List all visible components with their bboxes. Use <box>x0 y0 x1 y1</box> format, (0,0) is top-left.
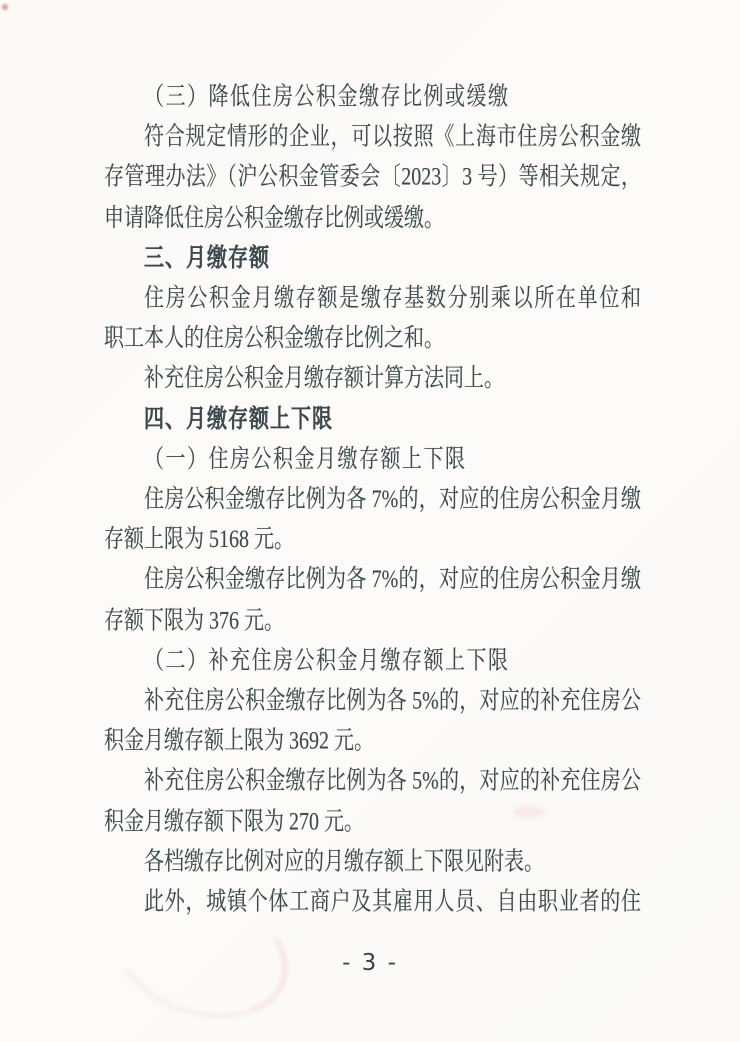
text-line: 存额下限为 376 元。 <box>104 600 641 640</box>
paragraph-5: 补充住房公积金月缴存额计算方法同上。 <box>104 359 641 399</box>
text-line: 三、月缴存额 <box>104 238 641 278</box>
text-line: 补充住房公积金缴存比例为各 5%的，对应的补充住房公 <box>104 761 641 801</box>
text-line: 补充住房公积金月缴存额计算方法同上。 <box>104 359 641 399</box>
text-line: 存管理办法》（沪公积金管委会〔2023〕3 号）等相关规定， <box>104 158 641 198</box>
document-body: （三）降低住房公积金缴存比例或缓缴符合规定情形的企业，可以按照《上海市住房公积金… <box>104 77 641 922</box>
paragraph-11: 补充住房公积金缴存比例为各 5%的，对应的补充住房公积金月缴存额上限为 3692… <box>104 681 641 762</box>
paragraph-7: （一）住房公积金月缴存额上下限 <box>104 439 641 479</box>
text-line: （三）降低住房公积金缴存比例或缓缴 <box>104 77 641 117</box>
paragraph-3: 三、月缴存额 <box>104 238 641 278</box>
paragraph-4: 住房公积金月缴存额是缴存基数分别乘以所在单位和职工本人的住房公积金缴存比例之和。 <box>104 278 641 359</box>
paragraph-10: （二）补充住房公积金月缴存额上下限 <box>104 641 641 681</box>
paragraph-12: 补充住房公积金缴存比例为各 5%的，对应的补充住房公积金月缴存额下限为 270 … <box>104 761 641 842</box>
text-line: 住房公积金月缴存额是缴存基数分别乘以所在单位和 <box>104 278 641 318</box>
text-line: 补充住房公积金缴存比例为各 5%的，对应的补充住房公 <box>104 681 641 721</box>
paragraph-9: 住房公积金缴存比例为各 7%的，对应的住房公积金月缴存额下限为 376 元。 <box>104 560 641 641</box>
text-line: 符合规定情形的企业，可以按照《上海市住房公积金缴 <box>104 117 641 157</box>
text-line: 住房公积金缴存比例为各 7%的，对应的住房公积金月缴 <box>104 560 641 600</box>
scan-artifact-dot <box>2 4 8 10</box>
paragraph-8: 住房公积金缴存比例为各 7%的，对应的住房公积金月缴存额上限为 5168 元。 <box>104 480 641 561</box>
text-line: 积金月缴存额下限为 270 元。 <box>104 802 641 842</box>
text-line: 存额上限为 5168 元。 <box>104 520 641 560</box>
text-line: （二）补充住房公积金月缴存额上下限 <box>104 641 641 681</box>
text-line: 四、月缴存额上下限 <box>104 399 641 439</box>
text-line: 住房公积金缴存比例为各 7%的，对应的住房公积金月缴 <box>104 480 641 520</box>
document-page: （三）降低住房公积金缴存比例或缓缴符合规定情形的企业，可以按照《上海市住房公积金… <box>0 0 740 1042</box>
text-line: 各档缴存比例对应的月缴存额上下限见附表。 <box>104 842 641 882</box>
paragraph-6: 四、月缴存额上下限 <box>104 399 641 439</box>
text-line: （一）住房公积金月缴存额上下限 <box>104 439 641 479</box>
text-line: 积金月缴存额上限为 3692 元。 <box>104 721 641 761</box>
paragraph-2: 符合规定情形的企业，可以按照《上海市住房公积金缴存管理办法》（沪公积金管委会〔2… <box>104 117 641 238</box>
text-line: 申请降低住房公积金缴存比例或缓缴。 <box>104 198 641 238</box>
paragraph-13: 各档缴存比例对应的月缴存额上下限见附表。 <box>104 842 641 882</box>
scan-artifact-smudge <box>512 806 546 818</box>
page-number: - 3 - <box>0 950 740 976</box>
paragraph-1: （三）降低住房公积金缴存比例或缓缴 <box>104 77 641 117</box>
text-line: 职工本人的住房公积金缴存比例之和。 <box>104 319 641 359</box>
